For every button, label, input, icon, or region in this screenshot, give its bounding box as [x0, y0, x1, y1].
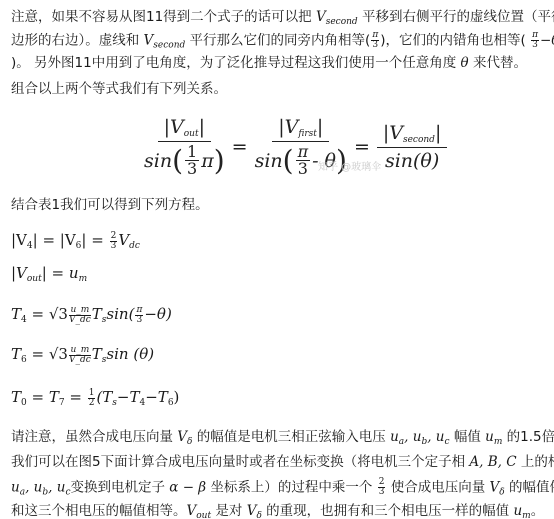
paragraph-amplitude-line1: 请注意，虽然合成电压向量 Vδ 的幅值是电机三相正弦输入电压 ua, ub, u… — [11, 428, 554, 451]
fraction: π3 — [531, 31, 539, 50]
ratio-formula-image: |Vout| sin(13π) = |Vfirst| sin(π3- θ) = … — [140, 116, 451, 177]
math-var: θ — [461, 55, 469, 71]
equation-t0-t7: T0 = T7 = 12(Ts−T4−T6) — [11, 388, 179, 408]
math-var: V — [316, 9, 326, 25]
equation-vout: |Vout| = um — [11, 264, 87, 284]
watermark: 知乎 @玻璃伞 — [318, 158, 381, 173]
fraction-vsecond: |Vsecond| sin(θ) — [377, 122, 448, 172]
fraction-vout: |Vout| sin(13π) — [144, 116, 225, 177]
paragraph-amplitude-line3: ua, ub, uc变换到电机定子 α − β 坐标系上）的过程中乘一个 23 … — [11, 478, 554, 502]
math-sub: second — [326, 17, 358, 27]
math-var: V — [144, 33, 154, 49]
math-expr: −θ — [540, 33, 554, 49]
math-sub: second — [153, 41, 185, 51]
equation-t4: T4 = √3u_mV_dcTssin(π3−θ) — [11, 305, 172, 325]
paragraph-amplitude-line2: 我们可以在图5下面计算合成电压向量时或者在坐标变换（将电机三个定子相 A, B,… — [11, 453, 554, 471]
text: 边形的右边）。虚线和 — [11, 33, 144, 49]
equation-t6: T6 = √3u_mV_dcTssin (θ) — [11, 345, 154, 365]
paragraph-equations-intro: 结合表1我们可以得到下列方程。 — [11, 196, 209, 214]
paragraph-note-line2: 边形的右边）。虚线和 Vsecond 平行那么它们的同旁内角相等(π3)，它们的… — [11, 31, 554, 55]
equation-v4-v6: |V4| = |V6| = 23Vdc — [11, 231, 140, 251]
text: )。 另外图11中用到了电角度，为了泛化推导过程这我们使用一个任意角度 — [11, 55, 461, 71]
text: 平行那么它们的同旁内角相等( — [185, 33, 370, 49]
text: 注意，如果不容易从图11得到二个式子的话可以把 — [11, 9, 316, 25]
text: )，它们的内错角也相等( — [380, 33, 530, 49]
equals-sign: = — [232, 136, 248, 158]
text: 来代替。 — [469, 55, 527, 71]
text: 平移到右侧平行的虚线位置（平行四 — [358, 9, 554, 25]
paragraph-note-line1: 注意，如果不容易从图11得到二个式子的话可以把 Vsecond 平移到右侧平行的… — [11, 8, 554, 31]
paragraph-amplitude-line4: 和这三个相电压的幅值相等。Vout 是对 Vδ 的重现，也拥有和三个相电压一样的… — [11, 502, 544, 519]
paragraph-combine: 组合以上两个等式我们有下列关系。 — [11, 80, 227, 98]
equals-sign: = — [354, 136, 370, 158]
fraction: π3 — [371, 31, 379, 50]
paragraph-note-line3: )。 另外图11中用到了电角度，为了泛化推导过程这我们使用一个任意角度 θ 来代… — [11, 54, 527, 72]
